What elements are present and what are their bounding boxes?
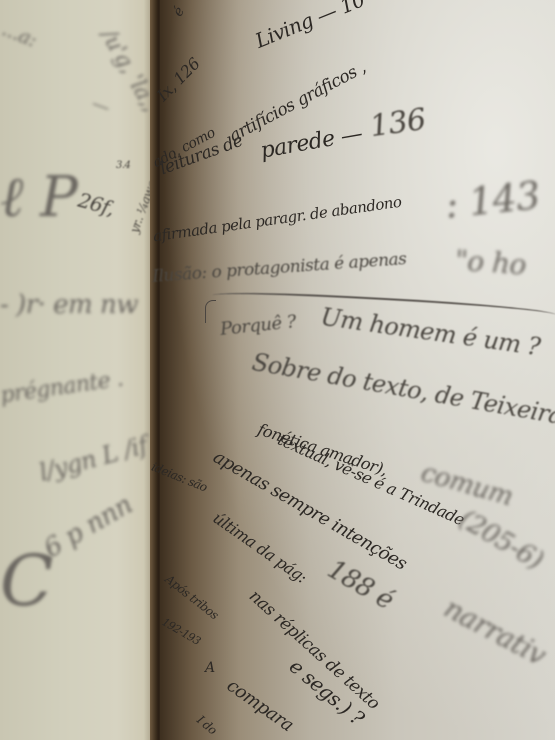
left-page: ...a: /u'g, 'la,, — ℓ P 26f, 3.4 yr.. ¼a… (0, 0, 156, 740)
left-note: 6 p nnn (39, 490, 138, 564)
left-note: C (0, 540, 53, 622)
left-note: 3.4 (116, 160, 130, 171)
left-note: — (89, 93, 113, 119)
left-note: - )r· em nw (0, 290, 138, 320)
right-note: A (205, 660, 215, 676)
left-note: l/ygn L /if (36, 431, 150, 487)
right-note: "o ho (454, 244, 527, 282)
left-note: prégnante . (0, 367, 125, 409)
left-note: ℓ P (0, 165, 77, 230)
bracket-stroke (205, 300, 216, 323)
left-note: 26f, (76, 188, 117, 221)
book-photo: ...a: /u'g, 'la,, — ℓ P 26f, 3.4 yr.. ¼a… (0, 0, 555, 740)
left-note: ...a: (0, 16, 40, 51)
